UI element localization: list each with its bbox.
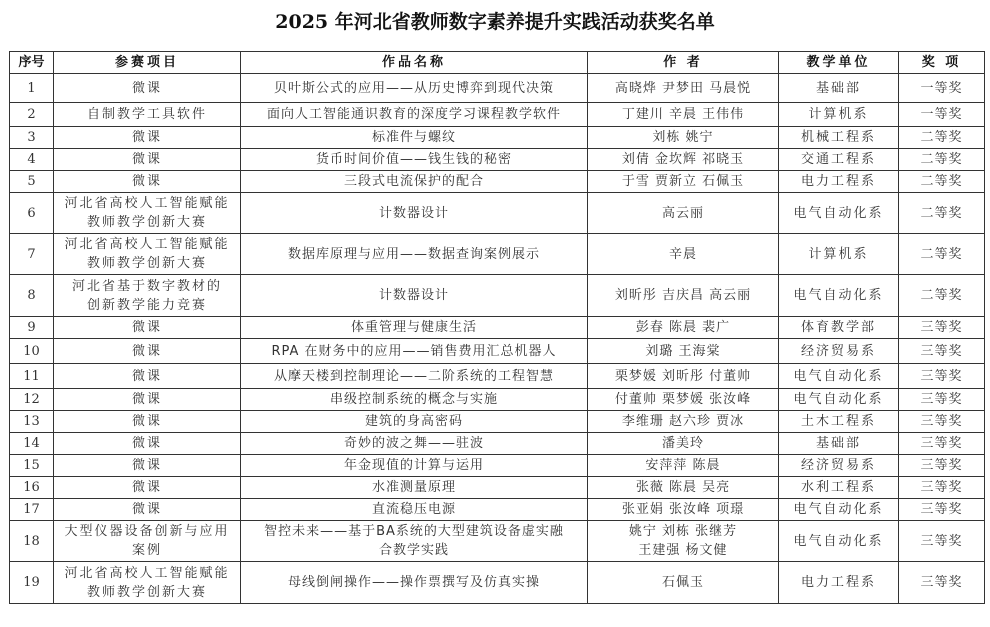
table-row: 2自制教学工具软件面向人工智能通识教育的深度学习课程教学软件丁建川 辛晨 王伟伟… [10, 103, 985, 127]
award-level-cell: 三等奖 [899, 339, 985, 364]
work-title-cell: RPA 在财务中的应用——销售费用汇总机器人 [241, 339, 588, 364]
competition-project-cell: 微课 [54, 127, 241, 149]
teaching-unit-cell: 电气自动化系 [779, 389, 899, 411]
teaching-unit-cell: 土木工程系 [779, 411, 899, 433]
authors-cell-line: 刘栋 姚宁 [590, 128, 776, 147]
authors-cell: 付董帅 栗梦媛 张汝峰 [588, 389, 779, 411]
competition-project-cell-line: 微课 [56, 390, 238, 409]
work-title-cell-line: 标准件与螺纹 [243, 128, 585, 147]
serial-number-cell: 19 [10, 562, 54, 604]
award-level-cell: 三等奖 [899, 389, 985, 411]
serial-number-cell: 18 [10, 521, 54, 562]
award-level-cell: 三等奖 [899, 477, 985, 499]
competition-project-cell: 微课 [54, 74, 241, 103]
competition-project-cell: 微课 [54, 389, 241, 411]
work-title-cell: 从摩天楼到控制理论——二阶系统的工程智慧 [241, 364, 588, 389]
header-award-level: 奖 项 [899, 52, 985, 74]
authors-cell-line: 于雪 贾新立 石佩玉 [590, 172, 776, 191]
teaching-unit-cell: 计算机系 [779, 103, 899, 127]
serial-number-cell: 15 [10, 455, 54, 477]
competition-project-cell-line: 微课 [56, 434, 238, 453]
award-level-cell: 一等奖 [899, 74, 985, 103]
authors-cell: 张薇 陈晨 吴亮 [588, 477, 779, 499]
competition-project-cell: 微课 [54, 171, 241, 193]
authors-cell-line: 潘美玲 [590, 434, 776, 453]
table-row: 10微课RPA 在财务中的应用——销售费用汇总机器人刘璐 王海棠经济贸易系三等奖 [10, 339, 985, 364]
award-level-cell: 二等奖 [899, 149, 985, 171]
competition-project-cell-line: 创新教学能力竞赛 [56, 296, 238, 315]
work-title-cell: 标准件与螺纹 [241, 127, 588, 149]
teaching-unit-cell: 基础部 [779, 74, 899, 103]
teaching-unit-cell: 水利工程系 [779, 477, 899, 499]
award-level-cell: 三等奖 [899, 562, 985, 604]
work-title-cell: 计数器设计 [241, 193, 588, 234]
teaching-unit-cell: 交通工程系 [779, 149, 899, 171]
teaching-unit-cell: 计算机系 [779, 234, 899, 275]
authors-cell-line: 安萍萍 陈晨 [590, 456, 776, 475]
competition-project-cell-line: 河北省高校人工智能赋能 [56, 564, 238, 583]
competition-project-cell: 微课 [54, 339, 241, 364]
work-title-cell-line: 串级控制系统的概念与实施 [243, 390, 585, 409]
authors-cell: 高晓烨 尹梦田 马晨悦 [588, 74, 779, 103]
work-title-cell: 串级控制系统的概念与实施 [241, 389, 588, 411]
competition-project-cell: 微课 [54, 149, 241, 171]
authors-cell-line: 李维珊 赵六珍 贾冰 [590, 412, 776, 431]
award-level-cell: 三等奖 [899, 411, 985, 433]
work-title-cell-line: 贝叶斯公式的应用——从历史博弈到现代决策 [243, 79, 585, 98]
competition-project-cell-line: 教师教学创新大赛 [56, 254, 238, 273]
teaching-unit-cell: 电气自动化系 [779, 499, 899, 521]
serial-number-cell: 1 [10, 74, 54, 103]
table-row: 8河北省基于数字教材的创新教学能力竞赛计数器设计刘昕彤 吉庆昌 高云丽电气自动化… [10, 275, 985, 317]
work-title-cell: 计数器设计 [241, 275, 588, 317]
table-row: 6河北省高校人工智能赋能教师教学创新大赛计数器设计高云丽电气自动化系二等奖 [10, 193, 985, 234]
work-title-cell: 母线倒闸操作——操作票撰写及仿真实操 [241, 562, 588, 604]
competition-project-cell: 微课 [54, 455, 241, 477]
table-row: 12微课串级控制系统的概念与实施付董帅 栗梦媛 张汝峰电气自动化系三等奖 [10, 389, 985, 411]
work-title-cell: 建筑的身高密码 [241, 411, 588, 433]
authors-cell-line: 张亚娟 张汝峰 项璟 [590, 500, 776, 519]
competition-project-cell: 河北省高校人工智能赋能教师教学创新大赛 [54, 193, 241, 234]
teaching-unit-cell: 基础部 [779, 433, 899, 455]
table-row: 14微课奇妙的波之舞——驻波潘美玲基础部三等奖 [10, 433, 985, 455]
authors-cell: 李维珊 赵六珍 贾冰 [588, 411, 779, 433]
authors-cell-line: 姚宁 刘栋 张继芳 [590, 522, 776, 541]
competition-project-cell-line: 微课 [56, 342, 238, 361]
teaching-unit-cell: 经济贸易系 [779, 455, 899, 477]
work-title-cell-line: 智控未来——基于BA系统的大型建筑设备虚实融 [243, 522, 585, 541]
serial-number-cell: 9 [10, 317, 54, 339]
table-row: 7河北省高校人工智能赋能教师教学创新大赛数据库原理与应用——数据查询案例展示辛晨… [10, 234, 985, 275]
competition-project-cell-line: 微课 [56, 150, 238, 169]
table-row: 13微课建筑的身高密码李维珊 赵六珍 贾冰土木工程系三等奖 [10, 411, 985, 433]
table-row: 4微课货币时间价值——钱生钱的秘密刘倩 金坎辉 祁晓玉交通工程系二等奖 [10, 149, 985, 171]
table-row: 5微课三段式电流保护的配合于雪 贾新立 石佩玉电力工程系二等奖 [10, 171, 985, 193]
serial-number-cell: 8 [10, 275, 54, 317]
work-title-cell-line: RPA 在财务中的应用——销售费用汇总机器人 [243, 342, 585, 361]
table-row: 16微课水准测量原理张薇 陈晨 吴亮水利工程系三等奖 [10, 477, 985, 499]
serial-number-cell: 13 [10, 411, 54, 433]
authors-cell: 丁建川 辛晨 王伟伟 [588, 103, 779, 127]
authors-cell: 刘栋 姚宁 [588, 127, 779, 149]
work-title-cell: 三段式电流保护的配合 [241, 171, 588, 193]
authors-cell-line: 王建强 杨文健 [590, 541, 776, 560]
authors-cell-line: 高晓烨 尹梦田 马晨悦 [590, 79, 776, 98]
award-level-cell: 二等奖 [899, 193, 985, 234]
competition-project-cell-line: 河北省高校人工智能赋能 [56, 235, 238, 254]
work-title-cell: 水准测量原理 [241, 477, 588, 499]
authors-cell-line: 石佩玉 [590, 573, 776, 592]
competition-project-cell-line: 微课 [56, 456, 238, 475]
authors-cell-line: 刘昕彤 吉庆昌 高云丽 [590, 286, 776, 305]
table-row: 15微课年金现值的计算与运用安萍萍 陈晨经济贸易系三等奖 [10, 455, 985, 477]
serial-number-cell: 16 [10, 477, 54, 499]
serial-number-cell: 2 [10, 103, 54, 127]
teaching-unit-cell: 电力工程系 [779, 562, 899, 604]
competition-project-cell-line: 微课 [56, 367, 238, 386]
competition-project-cell-line: 河北省基于数字教材的 [56, 277, 238, 296]
competition-project-cell-line: 教师教学创新大赛 [56, 583, 238, 602]
table-row: 11微课从摩天楼到控制理论——二阶系统的工程智慧栗梦媛 刘昕彤 付董帅电气自动化… [10, 364, 985, 389]
competition-project-cell: 微课 [54, 411, 241, 433]
header-authors: 作 者 [588, 52, 779, 74]
authors-cell: 安萍萍 陈晨 [588, 455, 779, 477]
authors-cell-line: 栗梦媛 刘昕彤 付董帅 [590, 367, 776, 386]
competition-project-cell-line: 教师教学创新大赛 [56, 213, 238, 232]
table-row: 17微课直流稳压电源张亚娟 张汝峰 项璟电气自动化系三等奖 [10, 499, 985, 521]
teaching-unit-cell: 电气自动化系 [779, 521, 899, 562]
header-teaching-unit: 教学单位 [779, 52, 899, 74]
work-title-cell-line: 数据库原理与应用——数据查询案例展示 [243, 245, 585, 264]
work-title-cell-line: 体重管理与健康生活 [243, 318, 585, 337]
work-title-cell: 面向人工智能通识教育的深度学习课程教学软件 [241, 103, 588, 127]
teaching-unit-cell: 电气自动化系 [779, 193, 899, 234]
authors-cell: 于雪 贾新立 石佩玉 [588, 171, 779, 193]
teaching-unit-cell: 机械工程系 [779, 127, 899, 149]
work-title-cell-line: 年金现值的计算与运用 [243, 456, 585, 475]
table-row: 19河北省高校人工智能赋能教师教学创新大赛母线倒闸操作——操作票撰写及仿真实操石… [10, 562, 985, 604]
teaching-unit-cell: 体育教学部 [779, 317, 899, 339]
award-level-cell: 三等奖 [899, 364, 985, 389]
teaching-unit-cell: 电气自动化系 [779, 364, 899, 389]
award-level-cell: 三等奖 [899, 499, 985, 521]
table-row: 3微课标准件与螺纹刘栋 姚宁机械工程系二等奖 [10, 127, 985, 149]
authors-cell-line: 刘倩 金坎辉 祁晓玉 [590, 150, 776, 169]
authors-cell: 刘璐 王海棠 [588, 339, 779, 364]
award-level-cell: 一等奖 [899, 103, 985, 127]
table-row: 9微课体重管理与健康生活彭春 陈晨 裴广体育教学部三等奖 [10, 317, 985, 339]
competition-project-cell: 微课 [54, 499, 241, 521]
authors-cell-line: 丁建川 辛晨 王伟伟 [590, 105, 776, 124]
authors-cell: 石佩玉 [588, 562, 779, 604]
competition-project-cell: 微课 [54, 364, 241, 389]
award-level-cell: 三等奖 [899, 455, 985, 477]
work-title-cell-line: 计数器设计 [243, 204, 585, 223]
work-title-cell-line: 直流稳压电源 [243, 500, 585, 519]
work-title-cell: 体重管理与健康生活 [241, 317, 588, 339]
serial-number-cell: 6 [10, 193, 54, 234]
serial-number-cell: 12 [10, 389, 54, 411]
authors-cell-line: 辛晨 [590, 245, 776, 264]
award-level-cell: 二等奖 [899, 275, 985, 317]
authors-cell: 刘昕彤 吉庆昌 高云丽 [588, 275, 779, 317]
serial-number-cell: 10 [10, 339, 54, 364]
award-level-cell: 三等奖 [899, 521, 985, 562]
work-title-cell-line: 奇妙的波之舞——驻波 [243, 434, 585, 453]
authors-cell-line: 高云丽 [590, 204, 776, 223]
work-title-cell-line: 建筑的身高密码 [243, 412, 585, 431]
header-work-title: 作品名称 [241, 52, 588, 74]
work-title-cell-line: 货币时间价值——钱生钱的秘密 [243, 150, 585, 169]
table-header-row: 序号 参赛项目 作品名称 作 者 教学单位 奖 项 [10, 52, 985, 74]
work-title-cell: 奇妙的波之舞——驻波 [241, 433, 588, 455]
competition-project-cell-line: 微课 [56, 318, 238, 337]
competition-project-cell-line: 微课 [56, 128, 238, 147]
teaching-unit-cell: 电力工程系 [779, 171, 899, 193]
header-serial-number: 序号 [10, 52, 54, 74]
serial-number-cell: 3 [10, 127, 54, 149]
authors-cell-line: 刘璐 王海棠 [590, 342, 776, 361]
competition-project-cell: 河北省基于数字教材的创新教学能力竞赛 [54, 275, 241, 317]
award-level-cell: 二等奖 [899, 234, 985, 275]
competition-project-cell: 微课 [54, 477, 241, 499]
competition-project-cell-line: 微课 [56, 478, 238, 497]
work-title-cell-line: 母线倒闸操作——操作票撰写及仿真实操 [243, 573, 585, 592]
competition-project-cell: 微课 [54, 317, 241, 339]
work-title-cell-line: 从摩天楼到控制理论——二阶系统的工程智慧 [243, 367, 585, 386]
work-title-cell: 直流稳压电源 [241, 499, 588, 521]
work-title-cell: 数据库原理与应用——数据查询案例展示 [241, 234, 588, 275]
work-title-cell-line: 计数器设计 [243, 286, 585, 305]
competition-project-cell-line: 案例 [56, 541, 238, 560]
competition-project-cell-line: 河北省高校人工智能赋能 [56, 194, 238, 213]
table-row: 1微课贝叶斯公式的应用——从历史博弈到现代决策高晓烨 尹梦田 马晨悦基础部一等奖 [10, 74, 985, 103]
competition-project-cell-line: 微课 [56, 79, 238, 98]
work-title-cell-line: 水准测量原理 [243, 478, 585, 497]
work-title-cell: 年金现值的计算与运用 [241, 455, 588, 477]
competition-project-cell: 自制教学工具软件 [54, 103, 241, 127]
serial-number-cell: 7 [10, 234, 54, 275]
authors-cell: 辛晨 [588, 234, 779, 275]
authors-cell: 栗梦媛 刘昕彤 付董帅 [588, 364, 779, 389]
authors-cell: 刘倩 金坎辉 祁晓玉 [588, 149, 779, 171]
award-list-table: 序号 参赛项目 作品名称 作 者 教学单位 奖 项 1微课贝叶斯公式的应用——从… [9, 51, 985, 604]
work-title-cell: 货币时间价值——钱生钱的秘密 [241, 149, 588, 171]
competition-project-cell-line: 微课 [56, 500, 238, 519]
document-title: 2025 年河北省教师数字素养提升实践活动获奖名单 [0, 7, 990, 34]
authors-cell: 张亚娟 张汝峰 项璟 [588, 499, 779, 521]
competition-project-cell-line: 微课 [56, 172, 238, 191]
header-competition-project: 参赛项目 [54, 52, 241, 74]
competition-project-cell-line: 微课 [56, 412, 238, 431]
authors-cell: 彭春 陈晨 裴广 [588, 317, 779, 339]
award-level-cell: 三等奖 [899, 317, 985, 339]
award-level-cell: 二等奖 [899, 127, 985, 149]
authors-cell-line: 张薇 陈晨 吴亮 [590, 478, 776, 497]
work-title-cell: 智控未来——基于BA系统的大型建筑设备虚实融合教学实践 [241, 521, 588, 562]
table-row: 18大型仪器设备创新与应用案例智控未来——基于BA系统的大型建筑设备虚实融合教学… [10, 521, 985, 562]
authors-cell: 姚宁 刘栋 张继芳王建强 杨文健 [588, 521, 779, 562]
competition-project-cell: 大型仪器设备创新与应用案例 [54, 521, 241, 562]
award-level-cell: 二等奖 [899, 171, 985, 193]
work-title-cell-line: 合教学实践 [243, 541, 585, 560]
award-level-cell: 三等奖 [899, 433, 985, 455]
competition-project-cell: 河北省高校人工智能赋能教师教学创新大赛 [54, 562, 241, 604]
teaching-unit-cell: 电气自动化系 [779, 275, 899, 317]
authors-cell-line: 彭春 陈晨 裴广 [590, 318, 776, 337]
authors-cell: 潘美玲 [588, 433, 779, 455]
competition-project-cell: 河北省高校人工智能赋能教师教学创新大赛 [54, 234, 241, 275]
serial-number-cell: 14 [10, 433, 54, 455]
competition-project-cell: 微课 [54, 433, 241, 455]
table-body: 1微课贝叶斯公式的应用——从历史博弈到现代决策高晓烨 尹梦田 马晨悦基础部一等奖… [10, 74, 985, 604]
teaching-unit-cell: 经济贸易系 [779, 339, 899, 364]
serial-number-cell: 4 [10, 149, 54, 171]
serial-number-cell: 11 [10, 364, 54, 389]
competition-project-cell-line: 自制教学工具软件 [56, 105, 238, 124]
competition-project-cell-line: 大型仪器设备创新与应用 [56, 522, 238, 541]
authors-cell-line: 付董帅 栗梦媛 张汝峰 [590, 390, 776, 409]
work-title-cell: 贝叶斯公式的应用——从历史博弈到现代决策 [241, 74, 588, 103]
serial-number-cell: 5 [10, 171, 54, 193]
work-title-cell-line: 三段式电流保护的配合 [243, 172, 585, 191]
serial-number-cell: 17 [10, 499, 54, 521]
authors-cell: 高云丽 [588, 193, 779, 234]
work-title-cell-line: 面向人工智能通识教育的深度学习课程教学软件 [243, 105, 585, 124]
